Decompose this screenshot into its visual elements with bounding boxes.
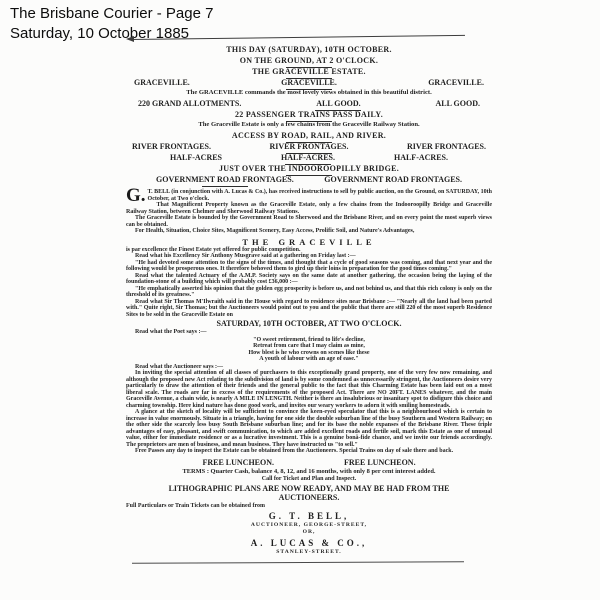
auctioneer-name: G. T. BELL, [126,511,492,522]
headline-commands: The GRACEVILLE commands the most lovely … [126,88,492,98]
bottom-rule [132,562,464,564]
poem-line: "O sweet retirement, friend to life's de… [126,337,492,344]
paragraph-read-actuary: Read what the talented Actuary of the A.… [126,273,492,286]
poem: "O sweet retirement, friend to life's de… [126,337,492,363]
call-line: Call for Ticket and Plan and Inspect. [126,476,492,483]
full-particulars-line: Full Particulars or Train Tickets can be… [126,503,492,510]
poem-line: Retreat from care that I may claim as mi… [126,343,492,350]
divider-line [129,35,465,40]
headline-cell: GOVERNMENT ROAD FRONTAGES. [156,174,294,185]
luncheon-cell: FREE LUNCHEON. [344,457,416,468]
headline-cell: HALF-ACRES. [394,152,448,163]
paragraph-auction-intro: G. T. BELL (in conjunction with A. Lucas… [126,189,492,202]
paragraph-free-passes: Free Passes any day to inspect the Estat… [126,448,492,455]
headline-few-chains: The Graceville Estate is only a few chai… [126,120,492,130]
drop-cap: G. [126,189,146,203]
headline-cell: RIVER FRONTAGES. [132,141,211,152]
paragraph-inviting: In inviting the special attention of all… [126,370,492,409]
estate-heading: THE GRACEVILLE [126,237,492,247]
headline-cell: GRACEVILLE. [281,77,337,88]
headline-row-graceville: GRACEVILLE. GRACEVILLE. GRACEVILLE. [126,77,492,88]
poem-line: A youth of labour with an age of ease." [126,356,492,363]
headline-cell: GRACEVILLE. [134,77,190,88]
headline-row-river: RIVER FRONTAGES. RIVER FRONTAGES. RIVER … [126,141,492,152]
agent-name: A. LUCAS & CO., [126,538,492,549]
headline-estate: THE GRACEVILLE ESTATE. [126,66,492,77]
headline-cell: HALF-ACRES. [281,152,335,163]
divider-arrow-rule [126,30,492,42]
paragraph-musgrave-quote: "He had devoted some attention to the si… [126,260,492,273]
headline-cell: RIVER FRONTAGES. [270,141,349,152]
headline-row-allotments: 220 GRAND ALLOTMENTS. ALL GOOD. ALL GOOD… [126,98,492,109]
terms-line: TERMS : Quarter Cash, balance 4, 8, 12, … [126,468,492,476]
headline-row-government: GOVERNMENT ROAD FRONTAGES. GOVERNMENT RO… [126,174,492,185]
paragraph-property: That Magnificent Property known as the G… [126,202,492,215]
headline-cell: GRACEVILLE. [428,77,484,88]
or-line: OR, [126,529,492,536]
headline-cell: HALF-ACRES [170,152,222,163]
lithographic-line: LITHOGRAPHIC PLANS ARE NOW READY, AND MA… [126,484,492,503]
sale-date-heading: SATURDAY, 10TH OCTOBER, AT TWO O'CLOCK. [126,319,492,329]
luncheon-cell: FREE LUNCHEON. [202,457,274,468]
headline-trains: 22 PASSENGER TRAINS PASS DAILY. [126,109,492,120]
newspaper-scan-page: { "page_header": { "title": "The Brisban… [0,0,600,600]
newspaper-column: THIS DAY (SATURDAY), 10TH OCTOBER. ON TH… [126,30,492,563]
headline-access: ACCESS BY ROAD, RAIL, AND RIVER. [126,130,492,141]
page-title: The Brisbane Courier - Page 7 [10,4,213,24]
paragraph-glance: A glance at the sketch of locality will … [126,409,492,448]
headline-cell: 220 GRAND ALLOTMENTS. [138,98,241,109]
headline-bridge: JUST OVER THE INDOOROOPILLY BRIDGE. [126,163,492,174]
headline-block: THIS DAY (SATURDAY), 10TH OCTOBER. ON TH… [126,44,492,185]
paragraph-health: For Health, Situation, Choice Sites, Mag… [126,228,492,235]
headline-cell: ALL GOOD. [316,98,360,109]
paragraph-actuary-quote: "He emphatically asserted his opinion th… [126,286,492,299]
headline-cell: GOVERNMENT ROAD FRONTAGES. [324,174,462,185]
auctioneer-title: AUCTIONEER, GEORGE-STREET, [126,522,492,529]
paragraph-text: T. BELL (in conjunction with A. Lucas & … [148,189,492,202]
headline-cell: ALL GOOD. [436,98,480,109]
poem-line: How blest is he who crowns on scenes lik… [126,350,492,357]
paragraph-bounded: The Graceville Estate is bounded by the … [126,215,492,228]
headline-this-day: THIS DAY (SATURDAY), 10TH OCTOBER. [126,44,492,55]
luncheon-row: FREE LUNCHEON. FREE LUNCHEON. [126,457,492,468]
signature-block: G. T. BELL, AUCTIONEER, GEORGE-STREET, O… [126,511,492,556]
notice-body: G. T. BELL (in conjunction with A. Lucas… [126,189,492,563]
headline-cell: RIVER FRONTAGES. [407,141,486,152]
paragraph-read-poet: Read what the Poet says :— [126,329,492,336]
paragraph-read-mcilwraith: Read what Sir Thomas M'Ilwraith said in … [126,299,492,319]
headline-on-ground: ON THE GROUND, AT 2 O'CLOCK. [126,55,492,66]
agent-street: STANLEY-STREET. [126,549,492,556]
headline-row-half-acres: HALF-ACRES HALF-ACRES. HALF-ACRES. [126,152,492,163]
